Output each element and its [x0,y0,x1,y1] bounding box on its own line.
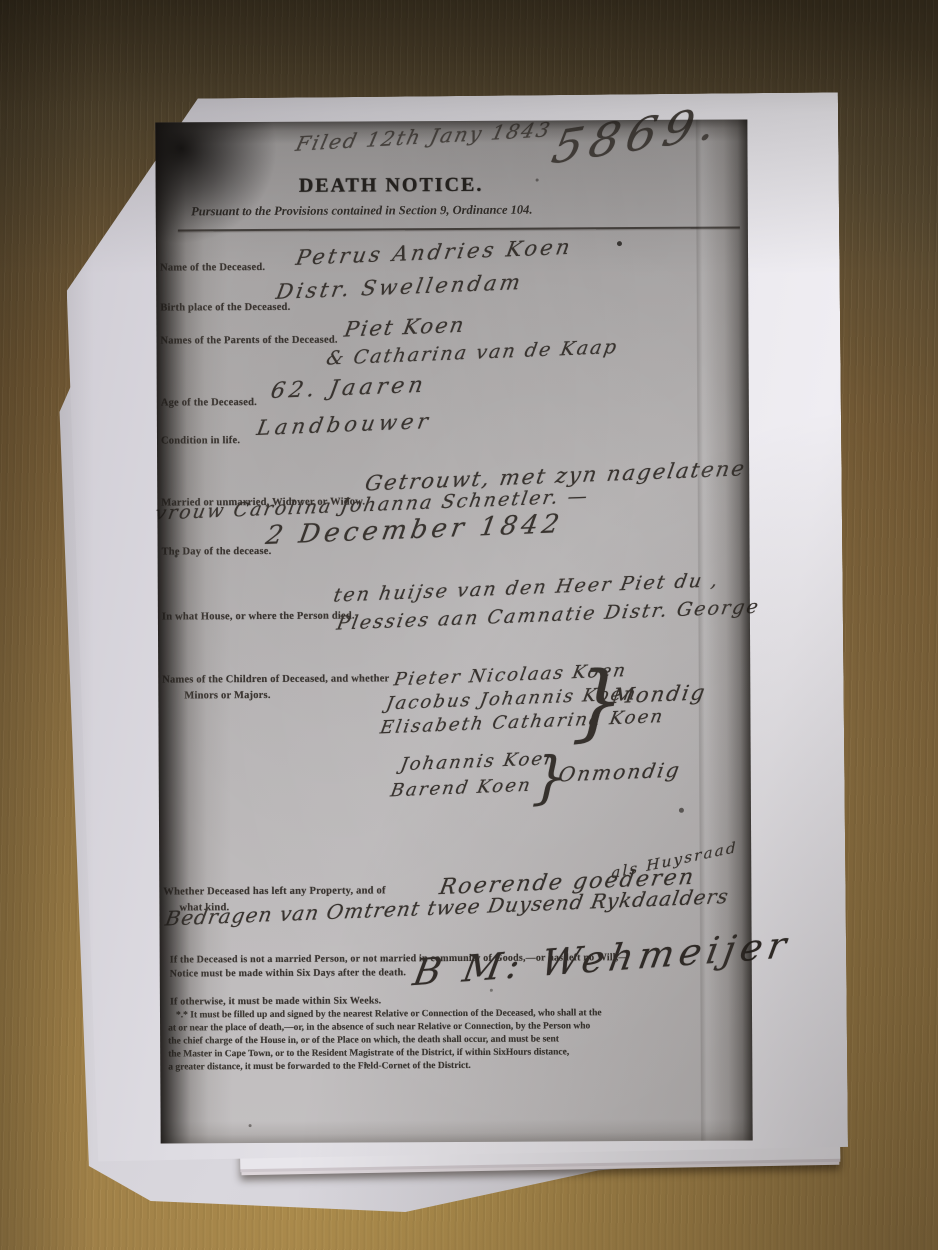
field-label-children-line1: Names of the Children of Deceased, and w… [162,673,389,685]
handwritten-parent-mother: & Catharina van de Kaap [325,336,620,370]
field-label-decease-day: The Day of the decease. [162,546,272,558]
handwritten-parent-father: Piet Koen [342,313,467,342]
handwritten-condition: Landbouwer [255,409,434,440]
field-label-birthplace: Birth place of the Deceased. [160,302,290,314]
field-label-house: In what House, or where the Person died. [162,611,355,623]
footnote-line3: the chief charge of the House in, or of … [168,1034,559,1046]
ink-specks [155,123,158,126]
footnote-line4: the Master in Cape Town, or to the Resid… [168,1047,569,1059]
handwritten-filing-date: Filed 12th Jany 1843 [294,117,555,156]
field-label-children-line2: Minors or Majors. [184,690,270,701]
notice-six-weeks: If otherwise, it must be made within Six… [170,995,382,1007]
photocopied-death-notice: Filed 12th Jany 1843 5869. DEATH NOTICE.… [155,119,752,1143]
footnote-line2: at or near the place of death,—or, in th… [168,1021,590,1033]
footnote-line1: *.* It must be filled up and signed by t… [176,1008,602,1020]
handwritten-birthplace: Distr. Swellendam [274,270,525,304]
handwritten-name: Petrus Andries Koen [294,235,575,270]
field-label-property-line1: Whether Deceased has left any Property, … [163,885,385,897]
footnote-line5: a greater distance, it must be forwarded… [168,1061,471,1073]
document-subtitle: Pursuant to the Provisions contained in … [178,203,546,220]
field-label-condition: Condition in life. [161,435,240,446]
handwritten-minors-status: Onmondig [557,758,683,787]
notice-six-days-line2: Notice must be made within Six Days afte… [170,967,406,979]
handwritten-age: 62. Jaaren [269,373,429,404]
handwritten-signature: B M: Wehmeijer [410,923,795,994]
handwritten-majors-status: Mondig [610,680,708,708]
field-label-parents: Names of the Parents of the Deceased. [160,335,337,347]
document-title: DEATH NOTICE. [299,174,484,198]
photo-of-death-notice: Filed 12th Jany 1843 5869. DEATH NOTICE.… [0,0,938,1250]
field-label-name: Name of the Deceased. [160,262,265,274]
handwritten-child-5: Barend Koen [389,775,534,802]
field-label-age: Age of the Deceased. [161,397,257,409]
header-divider [178,226,740,231]
